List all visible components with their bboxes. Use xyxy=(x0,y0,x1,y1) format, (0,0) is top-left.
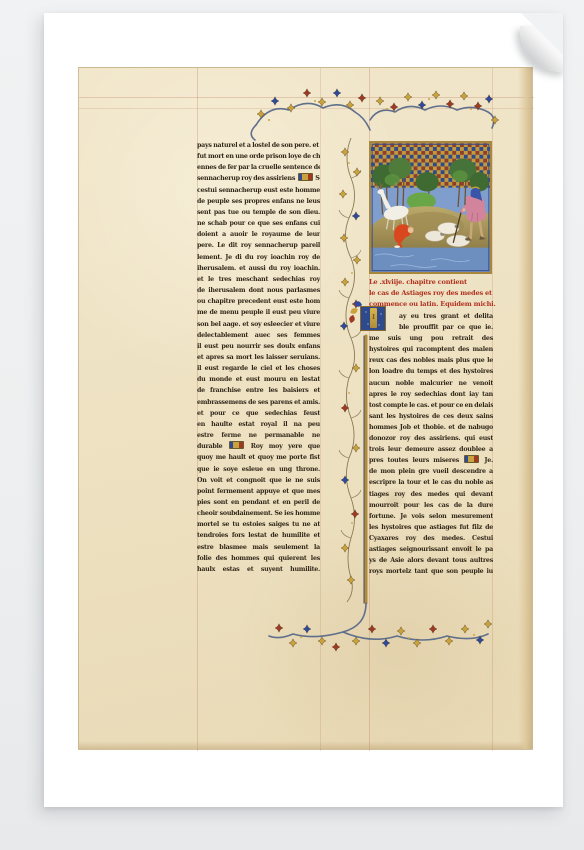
text-line: fortune. Je vois selon mesurement xyxy=(369,511,493,522)
text-line: de mon plein gre vueil descendre a xyxy=(369,466,493,477)
text-line: iherusalem. et aussi du roy ioachin. xyxy=(197,263,320,274)
text-line: ne schab pour ce que ses enfans cui xyxy=(197,218,320,229)
text-line: donozor roy des assiriens. qui eust xyxy=(369,433,493,444)
poster-sheet: Le .xlviije. chapitre contientle cas de … xyxy=(44,13,563,807)
text-line: astiages seignourissant envoit le pa xyxy=(369,544,493,555)
text-line: point fermement appuye et que mes xyxy=(197,486,320,497)
text-line: son bel aage. et soy esleecier et viure xyxy=(197,319,320,330)
text-line: Cyaxares roy des medes. Cestui xyxy=(369,533,493,544)
central-tendril xyxy=(339,138,361,602)
text-line: il eust regarde le ciel et les choses xyxy=(197,363,320,374)
text-line: cestui sennacherup eust este homme xyxy=(197,185,320,196)
text-line: durable Roy moy yere que xyxy=(197,441,320,452)
text-line: de peuple ses propres enfans ne leus xyxy=(197,196,320,207)
text-line: et le tres meschant sedechias roy xyxy=(197,274,320,285)
text-line: pays naturel et a lostel de son pere. et… xyxy=(197,140,320,151)
text-line: On voit et congnoit que ie ne suis xyxy=(197,475,320,486)
gold-line-filler xyxy=(464,455,479,463)
text-line: de franchise entre les baisiers et xyxy=(197,385,320,396)
text-line: et pour ce que sedechias feust xyxy=(197,408,320,419)
text-line: escripre la tour et le cas du noble as xyxy=(369,477,493,488)
right-text-column: ay eu tres grant et delitable prouffit p… xyxy=(369,311,493,579)
text-line: mourroit pour les cas de la dure xyxy=(369,500,493,511)
text-line: sant les hystoires de ces deux sains xyxy=(369,411,493,422)
water-foreground xyxy=(371,248,490,272)
text-line: ennes de fer par la cruelle sentence de xyxy=(197,162,320,173)
text-line: ys de Asie alors devant tous aultres xyxy=(369,555,493,566)
rubric-line: le cas de Astiages roy des medes et xyxy=(369,288,496,299)
poster-photo: Le .xlviije. chapitre contientle cas de … xyxy=(0,0,584,850)
text-line: pies sont en pendant et en peril de xyxy=(197,497,320,508)
rubric-line: commence ou latin. Equidem michi. xyxy=(369,299,496,310)
text-line: lon loadre du temps et des hystoires xyxy=(369,366,493,377)
text-line: ble prouffit par ce que ie. xyxy=(369,322,493,333)
text-line: ay eu tres grant et delita xyxy=(369,311,493,322)
text-line: sent pas tue ou temple de son dieu. xyxy=(197,207,320,218)
text-line: embrassemens de ses parens et amis. xyxy=(197,397,320,408)
text-line: me de menu peuple il eust peu viure xyxy=(197,307,320,318)
text-line: hystoires qui racomptent des malen xyxy=(369,344,493,355)
text-line: tost compte le cas. et pour ce en delais xyxy=(369,400,493,411)
ruling-line xyxy=(79,97,534,98)
rubric-line: Le .xlviije. chapitre contient xyxy=(369,277,496,288)
text-line: tendroies fors lestat de humilite et xyxy=(197,530,320,541)
miniature-scene xyxy=(371,143,490,272)
ruling-line xyxy=(79,108,534,109)
text-line: quoy me hault et quoy me porte fist xyxy=(197,452,320,463)
manuscript-page: Le .xlviije. chapitre contientle cas de … xyxy=(78,67,533,750)
text-line: me suis ung pou retrait des xyxy=(369,333,493,344)
gold-line-filler xyxy=(229,441,244,449)
left-text-column: pays naturel et a lostel de son pere. et… xyxy=(197,140,320,575)
text-line: et apres sa mort les laisser seruians. xyxy=(197,352,320,363)
text-line: du monde et eust mouru en lestat xyxy=(197,374,320,385)
text-line: estre ferme ne permanable ne xyxy=(197,430,320,441)
text-line: que ie soye esleue en ung throne. xyxy=(197,464,320,475)
initial-foliage-sprig xyxy=(350,307,358,315)
text-line: de iherusalem dont nous parlasmes xyxy=(197,285,320,296)
text-line: tiages roy des medes qui devant xyxy=(369,489,493,500)
text-line: mortel se tu estoies saiges tu ne at xyxy=(197,519,320,530)
text-line: apres le roy sedechias dont iay tan xyxy=(369,389,493,400)
text-line: en haulte estat royal il na peu xyxy=(197,419,320,430)
text-line: cheoir soubdainement. Se ies homme xyxy=(197,508,320,519)
text-line: roys mortelz tant que son peuple iu xyxy=(369,566,493,577)
text-line: les hystoires que astiages fut filz de xyxy=(369,522,493,533)
text-line: aucun noble malcurier ne venoit xyxy=(369,378,493,389)
text-line: il eust peu nourrir ses doulx enfans xyxy=(197,341,320,352)
text-line: fut mort en une orde prison loye de chai xyxy=(197,151,320,162)
text-line: haulx estas et suyent humilite. xyxy=(197,564,320,575)
text-line: lement. Je di du roy ioachin roy de xyxy=(197,252,320,263)
text-line: trois leur demeure assez doublee a xyxy=(369,444,493,455)
chapter-rubric: Le .xlviije. chapitre contientle cas de … xyxy=(369,277,496,309)
text-line: pere. Le dit roy sennacherup pareil xyxy=(197,240,320,251)
text-line: folie des hommes qui quierent les xyxy=(197,553,320,564)
gold-line-filler xyxy=(298,173,313,181)
text-line: pres toutes leurs miseres Je. xyxy=(369,455,493,466)
text-line: sennacherup roy des assiriens Se xyxy=(197,173,320,184)
ruling-line xyxy=(320,68,321,751)
text-line: doient a auoir le royaume de leur xyxy=(197,229,320,240)
text-line: hommes Job et thobie. et de nabugo xyxy=(369,422,493,433)
initial-foliage-sprig xyxy=(348,315,356,323)
text-line: delectablement auec ses femmes xyxy=(197,330,320,341)
text-line: estre blasmee mais seulement la xyxy=(197,542,320,553)
miniature-frame xyxy=(369,141,492,274)
text-line: ou chapitre precedent eust este hom xyxy=(197,296,320,307)
text-line: reux cas des nobles mais plus que le xyxy=(369,355,493,366)
